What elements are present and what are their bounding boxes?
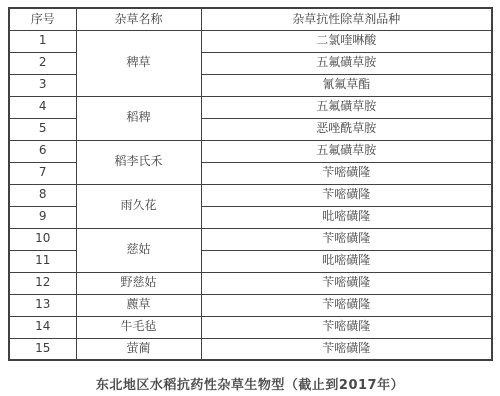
weed-name-cell: 稻李氏禾 <box>76 140 201 184</box>
row-number-cell: 14 <box>9 316 76 338</box>
header-number: 序号 <box>9 8 76 30</box>
row-number-cell: 7 <box>9 162 76 184</box>
row-number-cell: 13 <box>9 294 76 316</box>
weed-name-cell: 野慈姑 <box>76 272 201 294</box>
table-row: 15萤蔺苄嘧磺隆 <box>9 338 492 360</box>
table-row: 6稻李氏禾五氟磺草胺 <box>9 140 492 162</box>
row-number-cell: 4 <box>9 96 76 118</box>
row-number-cell: 9 <box>9 206 76 228</box>
table-body: 1稗草二氯喹啉酸2五氟磺草胺3氰氟草酯4稻稗五氟磺草胺5恶唑酰草胺6稻李氏禾五氟… <box>9 30 492 360</box>
herbicide-cell: 五氟磺草胺 <box>201 96 492 118</box>
herbicide-cell: 苄嘧磺隆 <box>201 162 492 184</box>
herbicide-cell: 苄嘧磺隆 <box>201 272 492 294</box>
weed-name-cell: 稗草 <box>76 30 201 96</box>
row-number-cell: 11 <box>9 250 76 272</box>
herbicide-cell: 氰氟草酯 <box>201 74 492 96</box>
herbicide-cell: 苄嘧磺隆 <box>201 294 492 316</box>
row-number-cell: 8 <box>9 184 76 206</box>
row-number-cell: 5 <box>9 118 76 140</box>
row-number-cell: 1 <box>9 30 76 52</box>
herbicide-cell: 五氟磺草胺 <box>201 52 492 74</box>
table-row: 1稗草二氯喹啉酸 <box>9 30 492 52</box>
table-caption: 东北地区水稻抗药性杂草生物型（截止到2017年） <box>0 374 500 393</box>
table-row: 8雨久花苄嘧磺隆 <box>9 184 492 206</box>
header-herbicide: 杂草抗性除草剂品种 <box>201 8 492 30</box>
herbicide-cell: 二氯喹啉酸 <box>201 30 492 52</box>
table-row: 4稻稗五氟磺草胺 <box>9 96 492 118</box>
row-number-cell: 12 <box>9 272 76 294</box>
weed-name-cell: 萤蔺 <box>76 338 201 360</box>
weed-name-cell: 牛毛毡 <box>76 316 201 338</box>
row-number-cell: 15 <box>9 338 76 360</box>
herbicide-cell: 五氟磺草胺 <box>201 140 492 162</box>
herbicide-cell: 吡嘧磺隆 <box>201 250 492 272</box>
resistant-weed-table: 序号 杂草名称 杂草抗性除草剂品种 1稗草二氯喹啉酸2五氟磺草胺3氰氟草酯4稻稗… <box>8 7 493 361</box>
header-row: 序号 杂草名称 杂草抗性除草剂品种 <box>9 8 492 30</box>
weed-name-cell: 稻稗 <box>76 96 201 140</box>
row-number-cell: 3 <box>9 74 76 96</box>
table-header: 序号 杂草名称 杂草抗性除草剂品种 <box>9 8 492 30</box>
row-number-cell: 10 <box>9 228 76 250</box>
table-row: 10慈姑苄嘧磺隆 <box>9 228 492 250</box>
herbicide-cell: 苄嘧磺隆 <box>201 228 492 250</box>
weed-herbicide-table: 序号 杂草名称 杂草抗性除草剂品种 1稗草二氯喹啉酸2五氟磺草胺3氰氟草酯4稻稗… <box>8 7 493 361</box>
row-number-cell: 2 <box>9 52 76 74</box>
herbicide-cell: 恶唑酰草胺 <box>201 118 492 140</box>
herbicide-cell: 苄嘧磺隆 <box>201 338 492 360</box>
weed-name-cell: 慈姑 <box>76 228 201 272</box>
table-row: 14牛毛毡苄嘧磺隆 <box>9 316 492 338</box>
herbicide-cell: 吡嘧磺隆 <box>201 206 492 228</box>
weed-name-cell: 藨草 <box>76 294 201 316</box>
row-number-cell: 6 <box>9 140 76 162</box>
table-row: 12野慈姑苄嘧磺隆 <box>9 272 492 294</box>
table-row: 13藨草苄嘧磺隆 <box>9 294 492 316</box>
herbicide-cell: 苄嘧磺隆 <box>201 316 492 338</box>
herbicide-cell: 苄嘧磺隆 <box>201 184 492 206</box>
weed-name-cell: 雨久花 <box>76 184 201 228</box>
header-weed-name: 杂草名称 <box>76 8 201 30</box>
